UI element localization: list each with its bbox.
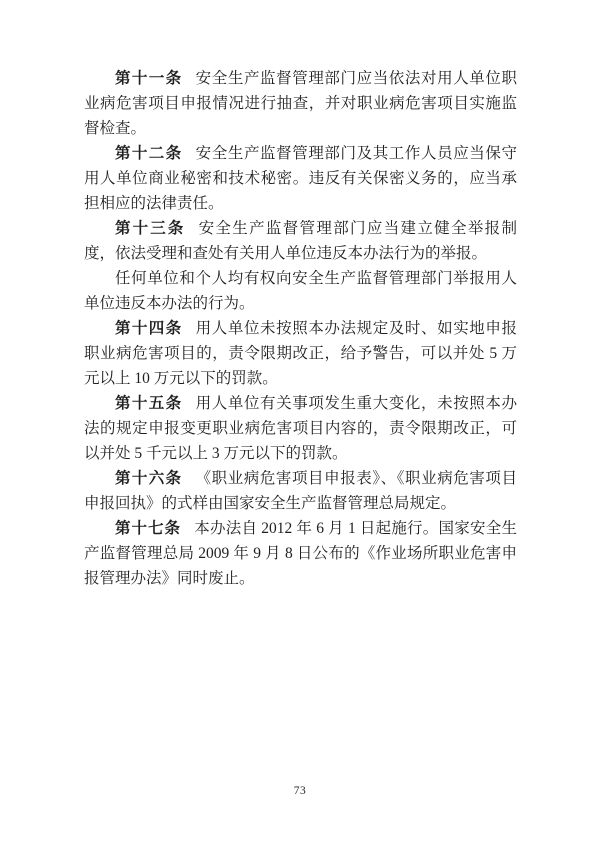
- paragraph-text: 任何单位和个人均有权向安全生产监督管理部门举报用人单位违反本办法的行为。: [84, 270, 517, 312]
- document-body: 第十一条安全生产监督管理部门应当依法对用人单位职业病危害项目申报情况进行抽查，并…: [84, 66, 517, 591]
- article-number: 第十二条: [115, 145, 182, 162]
- article-paragraph: 第十二条安全生产监督管理部门及其工作人员应当保守用人单位商业秘密和技术秘密。违反…: [84, 141, 517, 216]
- article-paragraph: 第十六条《职业病危害项目申报表》、《职业病危害项目申报回执》的式样由国家安全生产…: [84, 466, 517, 516]
- article-number: 第十六条: [115, 470, 182, 487]
- article-number: 第十七条: [115, 520, 181, 537]
- article-paragraph: 第十七条本办法自 2012 年 6 月 1 日起施行。国家安全生产监督管理总局 …: [84, 516, 517, 591]
- page-number: 73: [294, 785, 307, 797]
- article-paragraph: 第十五条用人单位有关事项发生重大变化，未按照本办法的规定申报变更职业病危害项目内…: [84, 391, 517, 466]
- document-page: 第十一条安全生产监督管理部门应当依法对用人单位职业病危害项目申报情况进行抽查，并…: [0, 0, 600, 848]
- body-paragraph: 任何单位和个人均有权向安全生产监督管理部门举报用人单位违反本办法的行为。: [84, 266, 517, 316]
- article-number: 第十五条: [115, 395, 182, 412]
- article-number: 第十四条: [115, 320, 182, 337]
- article-number: 第十三条: [115, 220, 185, 237]
- page-footer: 73: [0, 781, 600, 799]
- article-paragraph: 第十一条安全生产监督管理部门应当依法对用人单位职业病危害项目申报情况进行抽查，并…: [84, 66, 517, 141]
- article-paragraph: 第十三条安全生产监督管理部门应当建立健全举报制度，依法受理和查处有关用人单位违反…: [84, 216, 517, 266]
- article-number: 第十一条: [115, 70, 182, 87]
- article-paragraph: 第十四条用人单位未按照本办法规定及时、如实地申报职业病危害项目的，责令限期改正，…: [84, 316, 517, 391]
